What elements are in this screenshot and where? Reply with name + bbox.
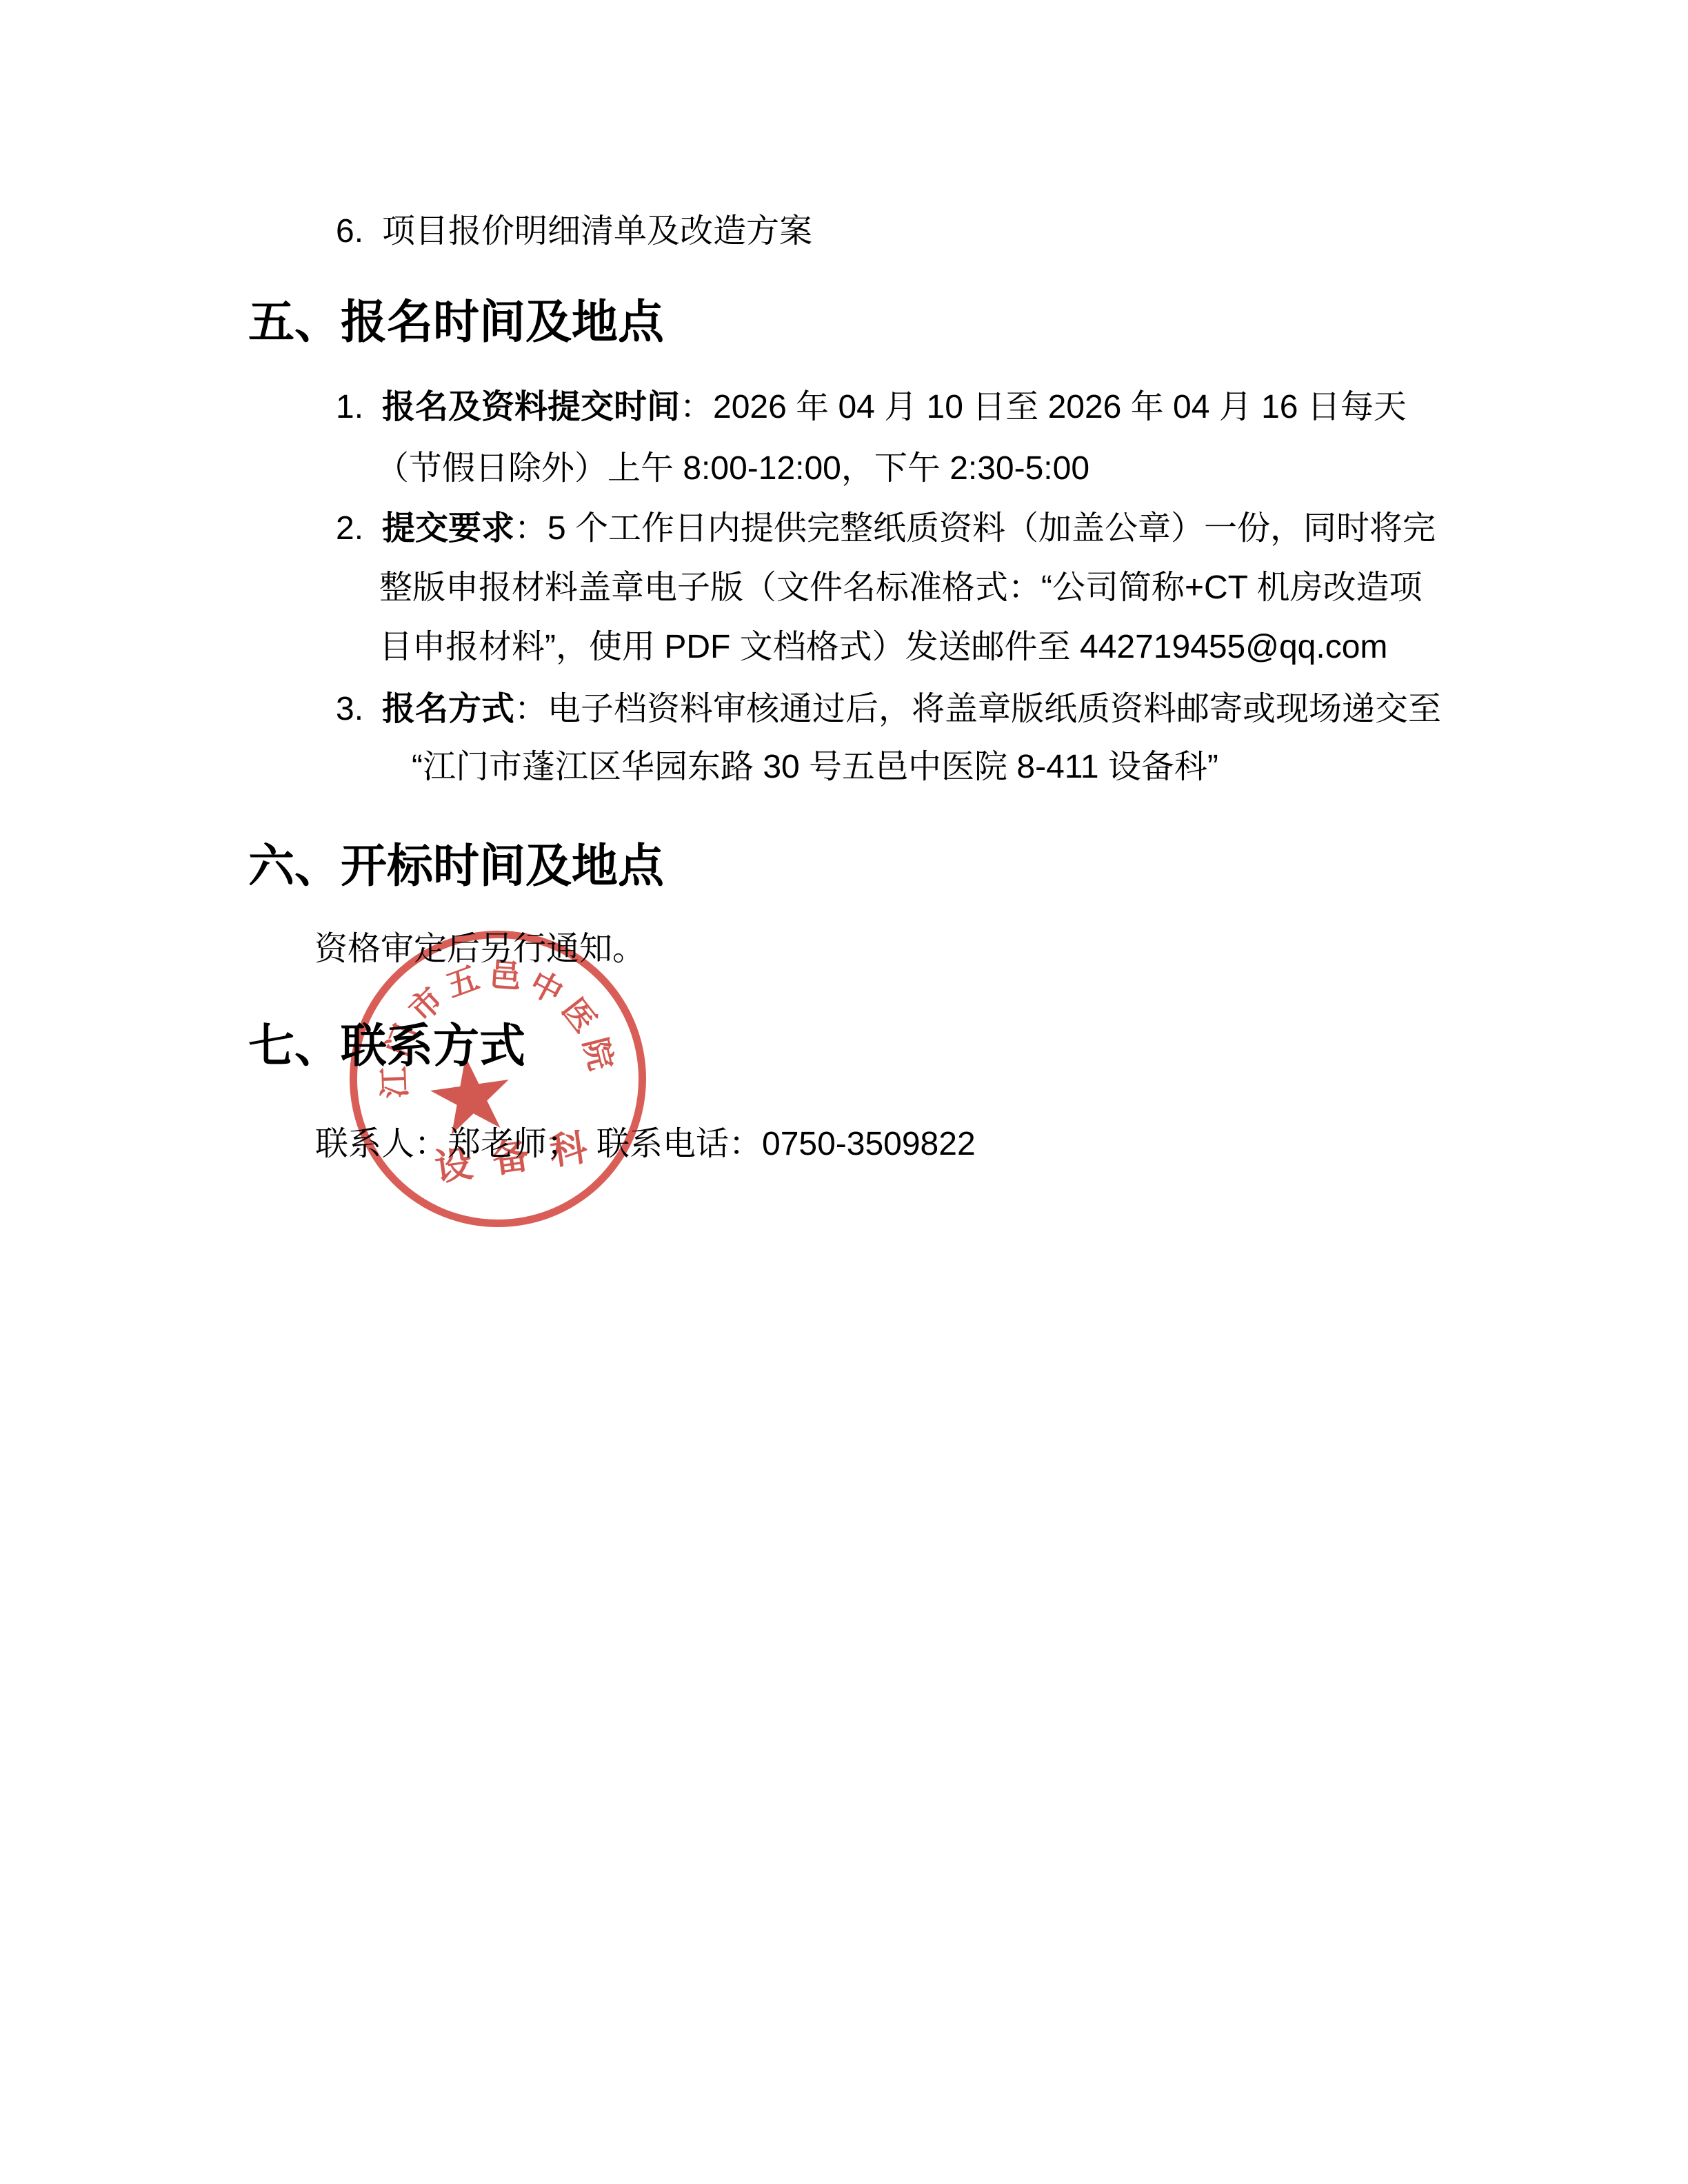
document-page: 6.项目报价明细清单及改造方案 五、报名时间及地点 1.报名及资料提交时间：20… xyxy=(0,0,1688,2184)
item-2-label: 提交要求 xyxy=(382,510,514,547)
item-3-text: ：电子档资料审核通过后，将盖章版纸质资料邮寄或现场递交至 xyxy=(514,691,1441,727)
item-3-label: 报名方式 xyxy=(382,691,514,727)
seal-arc-char: 市 xyxy=(403,982,448,1027)
seal-arc-char: 中 xyxy=(525,966,567,1009)
section-5-item-2-line-3: 目申报材料”，使用 PDF 文档格式）发送邮件至 442719455@qq.co… xyxy=(379,627,1387,667)
star-icon: ★ xyxy=(418,1038,524,1153)
seal-arc-char: 邑 xyxy=(488,959,522,993)
item-2-number: 2. xyxy=(336,509,382,549)
section-5-item-3-line-2: “江门市蓬江区华园东路 30 号五邑中医院 8-411 设备科” xyxy=(412,747,1218,787)
item-3-number: 3. xyxy=(336,689,382,729)
seal-arc-char: 江 xyxy=(378,1066,411,1099)
item-2-text: ：5 个工作日内提供完整纸质资料（加盖公章）一份，同时将完 xyxy=(514,510,1436,547)
item-1-text: ：2026 年 04 月 10 日至 2026 年 04 月 16 日每天 xyxy=(680,389,1407,425)
section-6-heading: 六、开标时间及地点 xyxy=(248,839,664,894)
item-1-label: 报名及资料提交时间 xyxy=(382,389,680,425)
seal-arc-char: 医 xyxy=(557,993,602,1038)
list-item-6-text: 项目报价明细清单及改造方案 xyxy=(382,213,812,250)
section-5-item-2-line-1: 2.提交要求：5 个工作日内提供完整纸质资料（加盖公章）一份，同时将完 xyxy=(336,509,1436,549)
list-item-6-number: 6. xyxy=(336,212,382,252)
section-5-item-2-line-2: 整版申报材料盖章电子版（文件名标准格式：“公司简称+CT 机房改造项 xyxy=(379,568,1422,608)
seal-arc-char: 院 xyxy=(579,1035,618,1073)
item-1-number: 1. xyxy=(336,387,382,427)
section-5-item-3-line-1: 3.报名方式：电子档资料审核通过后，将盖章版纸质资料邮寄或现场递交至 xyxy=(336,689,1441,729)
seal-arc-char: 门 xyxy=(381,1020,423,1061)
section-5-heading: 五、报名时间及地点 xyxy=(248,295,664,350)
list-item-6: 6.项目报价明细清单及改造方案 xyxy=(336,212,812,252)
section-5-item-1-line-1: 1.报名及资料提交时间：2026 年 04 月 10 日至 2026 年 04 … xyxy=(336,387,1407,427)
section-5-item-1-line-2: （节假日除外）上午 8:00-12:00，下午 2:30-5:00 xyxy=(376,449,1089,489)
seal-arc-char: 五 xyxy=(442,962,483,1002)
